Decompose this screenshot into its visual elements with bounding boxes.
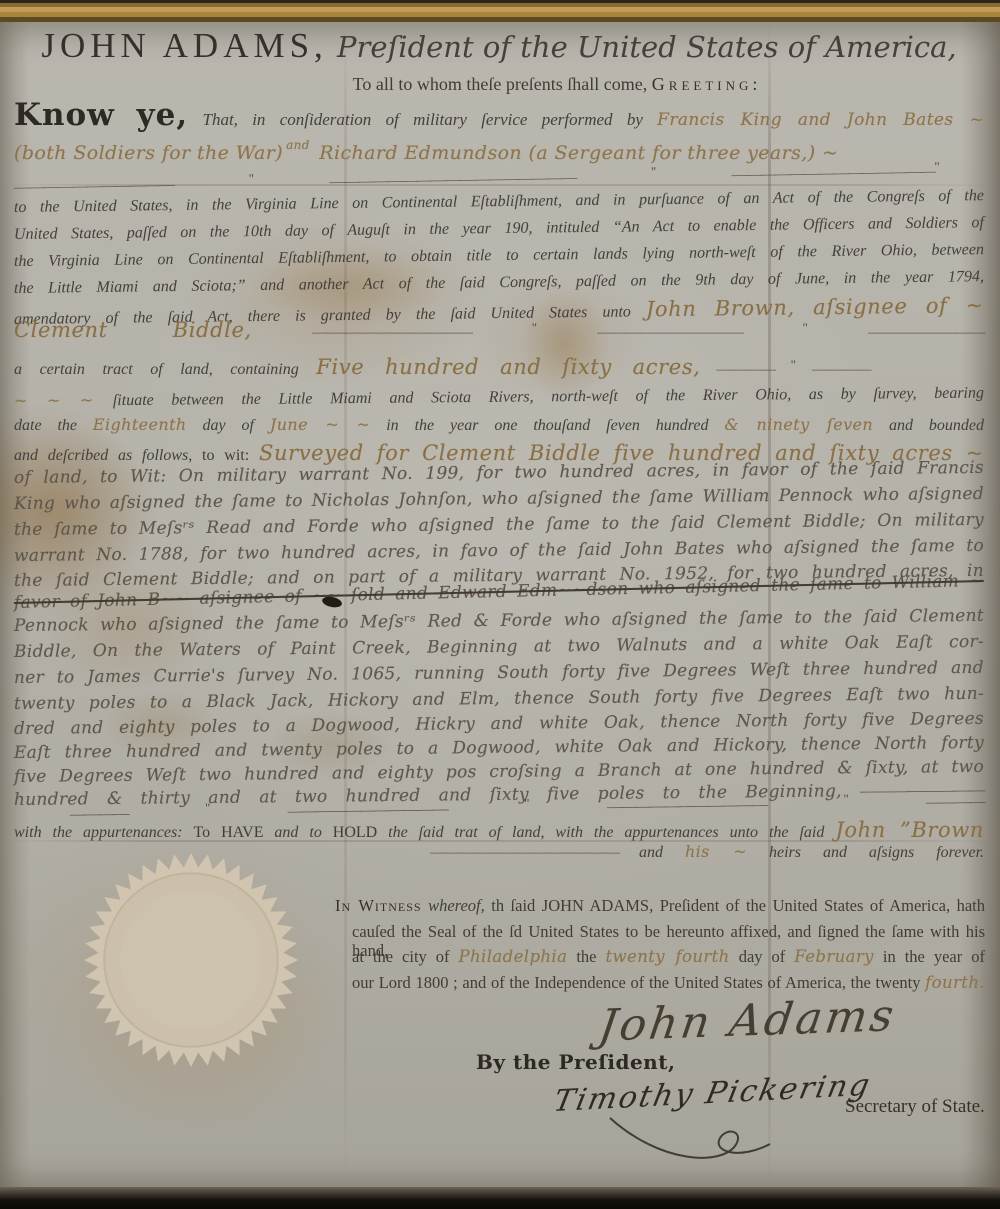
text-segment: In Witness (335, 896, 422, 915)
witness-line-3: at the city of Philadelphia the twenty f… (352, 948, 985, 967)
signature-flourish (600, 1108, 820, 1168)
text-segment: (both Soldiers for the War) (14, 142, 283, 164)
text-segment: and to (263, 824, 332, 841)
grantee-line: Clement Biddle, ——————————— " ——————————… (14, 318, 984, 342)
greeting-line: To all to whom theſe preſents ſhall come… (72, 74, 1000, 95)
embossed-seal (82, 851, 300, 1069)
text-segment: ———— (849, 793, 984, 812)
soldiers-line: (both Soldiers for the War)and Richard E… (14, 143, 984, 165)
text-segment: and deſcribed as follows, (14, 447, 202, 464)
text-segment: HOLD (333, 824, 377, 841)
secretary-of-state-label: Secretary of State. (845, 1096, 985, 1118)
text-segment: & ninety ſeven (724, 415, 873, 434)
frame-top-edge (0, 0, 1000, 22)
greeting-text: To all to whom theſe preſents ſhall come… (353, 74, 652, 94)
text-segment: That, in conſideration of military ſervi… (188, 110, 657, 129)
text-segment: ~ (822, 142, 838, 164)
text-segment: ——————————— (252, 324, 532, 341)
text-segment: —————————————— (656, 163, 935, 185)
text-segment: " (524, 796, 530, 811)
survey-date-line: date the Eighteenth day of June ~ ~ in t… (14, 416, 984, 435)
text-segment: June ~ ~ (270, 415, 370, 434)
text-segment: Philadelphia (459, 947, 568, 966)
text-segment: Five hundred and ſixty acres, (316, 355, 700, 379)
greeting-caps: Greeting: (652, 74, 762, 94)
text-segment: and bounded (873, 417, 984, 434)
text-segment: in the year of (874, 947, 985, 966)
text-segment: ——————————— (529, 795, 843, 816)
text-segment: heirs and aſsigns forever. (747, 844, 984, 861)
text-segment: ———— (796, 361, 870, 378)
text-segment: and (639, 844, 685, 861)
title-rest: Preſident of the United States of Americ… (328, 30, 957, 64)
text-segment: Francis King and John Bates (657, 110, 953, 130)
text-segment: John ”Brown (835, 818, 984, 842)
text-segment: ~ ~ ~ (14, 390, 113, 410)
text-segment: the (567, 947, 605, 966)
text-segment: day of (730, 947, 795, 966)
text-segment: Clement Biddle, (14, 318, 252, 342)
text-segment: —————————— (537, 324, 802, 341)
text-segment: fourth. (925, 973, 985, 992)
text-segment: in the year one thouſand ſeven hundred (370, 417, 724, 434)
text-segment: day of (187, 417, 270, 434)
text-segment: ——————————— (14, 175, 249, 196)
text-segment: the ſaid trat of land, with the appurten… (377, 824, 835, 841)
text-segment: whereof, (422, 896, 492, 915)
text-segment: twenty fourth (605, 947, 729, 966)
text-segment: " (934, 159, 940, 174)
text-segment: ———————— (808, 324, 984, 341)
text-segment: and (286, 138, 310, 152)
acreage-line: a certain tract of land, containing Five… (14, 355, 870, 379)
know-ye-line: Know ye, That, in conſideration of milit… (14, 98, 984, 134)
text-segment: " (205, 800, 211, 815)
habendum-line: with the appurtenances: To HAVE and to H… (14, 818, 984, 842)
text-segment: to wit: (202, 447, 259, 464)
text-segment: date the (14, 417, 93, 434)
text-segment: at the city of (352, 947, 459, 966)
president-name: JOHN ADAMS, (41, 26, 327, 65)
text-segment: ———— (700, 361, 790, 378)
document-title: JOHN ADAMS, Preſident of the United Stat… (14, 26, 984, 66)
text-segment: ~ (954, 110, 984, 130)
by-the-president-label: By the Preſident, (476, 1050, 675, 1074)
witness-line-1: In Witness whereof, th ſaid JOHN ADAMS, … (335, 897, 985, 916)
document-photo: JOHN ADAMS, Preſident of the United Stat… (0, 0, 1000, 1209)
text-segment: th ſaid JOHN ADAMS, Preſident of the Uni… (491, 896, 985, 915)
text-segment: To HAVE (194, 824, 264, 841)
frame-bottom-edge (0, 1187, 1000, 1209)
text-segment: Know ye, (14, 97, 188, 133)
text-segment: our Lord 1800 ; and of the Independence … (352, 973, 925, 992)
text-segment: Richard Edmundson (a Sergeant for three … (313, 142, 822, 164)
text-segment: ————————————— (430, 844, 639, 861)
heirs-forever-line: ————————————— and his ~ heirs and aſsign… (430, 843, 984, 862)
text-segment: a certain tract of land, containing (14, 361, 316, 378)
text-segment: his ~ (685, 842, 747, 861)
text-segment: with the appurtenances: (14, 824, 194, 841)
text-segment: February (794, 947, 874, 966)
text-segment: Eighteenth (93, 415, 187, 434)
